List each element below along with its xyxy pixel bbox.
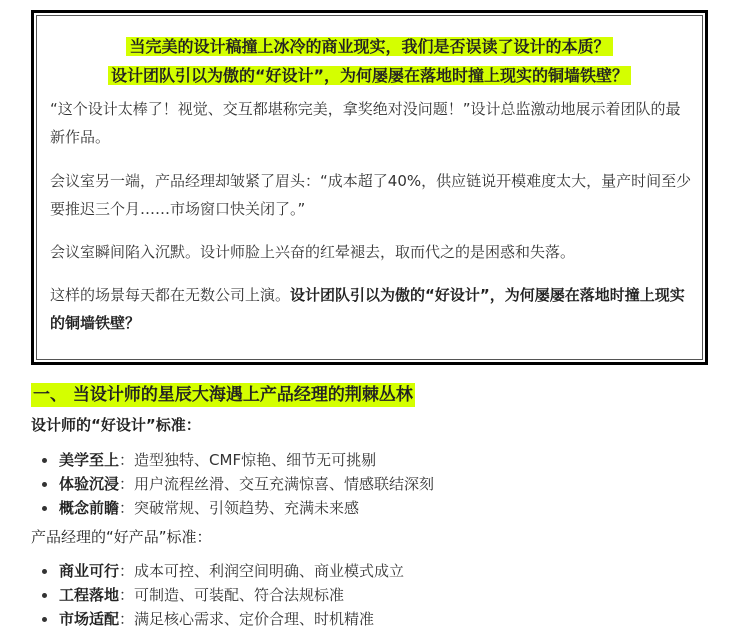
- intro-headline: 当完美的设计稿撞上冰冷的商业现实，我们是否误读了设计的本质？ 设计团队引以为傲的…: [37, 32, 702, 90]
- item-label: 体验沉浸: [59, 475, 119, 493]
- item-separator: ：: [119, 562, 134, 580]
- item-text: 突破常规、引领趋势、充满未来感: [134, 499, 359, 517]
- list-item: 概念前瞻：突破常规、引领趋势、充满未来感: [59, 496, 434, 520]
- pm-standard-title: 产品经理的“好产品”标准：: [31, 526, 212, 548]
- item-text: 成本可控、利润空间明确、商业模式成立: [134, 562, 404, 580]
- list-item: 美学至上：造型独特、CMF惊艳、细节无可挑剔: [59, 448, 434, 472]
- item-separator: ：: [119, 499, 134, 517]
- item-separator: ：: [119, 610, 134, 628]
- item-separator: ：: [119, 586, 134, 604]
- designer-standard-title: 设计师的“好设计”标准：: [31, 414, 201, 436]
- list-item: 市场适配：满足核心需求、定价合理、时机精准: [59, 607, 404, 631]
- intro-paragraph-3: 会议室瞬间陷入沉默。设计师脸上兴奋的红晕褪去，取而代之的是困惑和失落。: [50, 238, 692, 266]
- list-item: 工程落地：可制造、可装配、符合法规标准: [59, 583, 404, 607]
- item-label: 概念前瞻: [59, 499, 119, 517]
- intro-paragraph-1: “这个设计太棒了！视觉、交互都堪称完美，拿奖绝对没问题！”设计总监激动地展示着团…: [50, 95, 692, 151]
- item-label: 市场适配: [59, 610, 119, 628]
- item-text: 可制造、可装配、符合法规标准: [134, 586, 344, 604]
- section-1-heading: 一、 当设计师的星辰大海遇上产品经理的荆棘丛林: [31, 383, 415, 407]
- item-text: 满足核心需求、定价合理、时机精准: [134, 610, 374, 628]
- list-item: 商业可行：成本可控、利润空间明确、商业模式成立: [59, 559, 404, 583]
- item-text: 用户流程丝滑、交互充满惊喜、情感联结深刻: [134, 475, 434, 493]
- intro-box: 当完美的设计稿撞上冰冷的商业现实，我们是否误读了设计的本质？ 设计团队引以为傲的…: [31, 10, 708, 365]
- pm-standard-list: 商业可行：成本可控、利润空间明确、商业模式成立 工程落地：可制造、可装配、符合法…: [31, 559, 404, 631]
- designer-standard-list: 美学至上：造型独特、CMF惊艳、细节无可挑剔 体验沉浸：用户流程丝滑、交互充满惊…: [31, 448, 434, 520]
- intro-paragraph-4: 这样的场景每天都在无数公司上演。设计团队引以为傲的“好设计”，为何屡屡在落地时撞…: [50, 281, 692, 337]
- intro-box-inner-border: 当完美的设计稿撞上冰冷的商业现实，我们是否误读了设计的本质？ 设计团队引以为傲的…: [36, 15, 703, 360]
- intro-paragraph-4-plain: 这样的场景每天都在无数公司上演。: [50, 286, 290, 304]
- headline-line-2: 设计团队引以为傲的“好设计”，为何屡屡在落地时撞上现实的铜墙铁壁？: [108, 66, 631, 85]
- headline-line-1: 当完美的设计稿撞上冰冷的商业现实，我们是否误读了设计的本质？: [126, 37, 612, 56]
- item-label: 美学至上: [59, 451, 119, 469]
- item-separator: ：: [119, 451, 134, 469]
- item-label: 商业可行: [59, 562, 119, 580]
- item-separator: ：: [119, 475, 134, 493]
- item-text: 造型独特、CMF惊艳、细节无可挑剔: [134, 451, 376, 469]
- item-label: 工程落地: [59, 586, 119, 604]
- list-item: 体验沉浸：用户流程丝滑、交互充满惊喜、情感联结深刻: [59, 472, 434, 496]
- intro-paragraph-2: 会议室另一端，产品经理却皱紧了眉头：“成本超了40%，供应链说开模难度太大，量产…: [50, 167, 692, 223]
